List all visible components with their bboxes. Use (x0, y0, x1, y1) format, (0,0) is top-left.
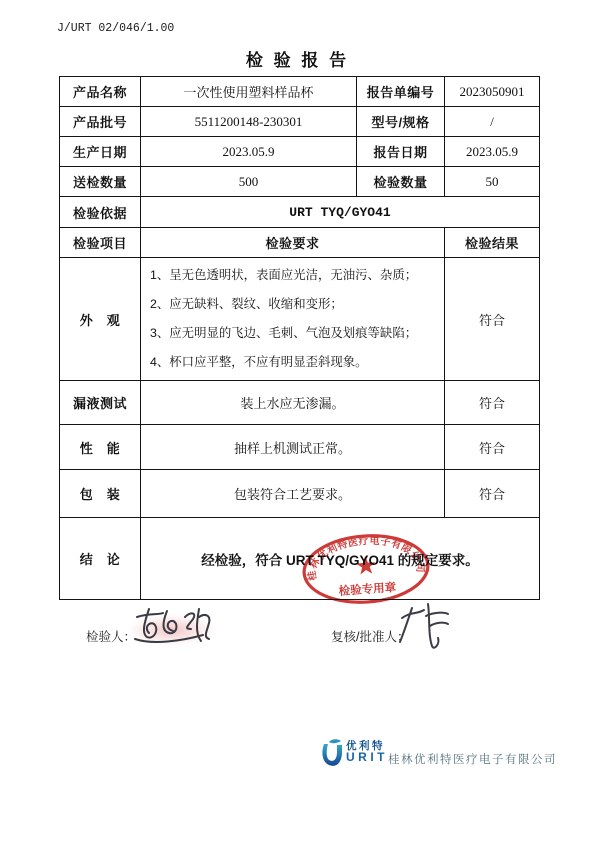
appearance-row: 外 观 1、呈无色透明状，表面应光洁，无油污、杂质； 2、应无缺料、裂纹、收缩和… (60, 258, 540, 381)
packaging-label: 包 装 (60, 470, 141, 518)
submitted-qty-label: 送检数量 (60, 167, 141, 197)
inspection-report-table: 产品名称 一次性使用塑料样品杯 报告单编号 2023050901 产品批号 55… (59, 76, 540, 600)
reviewer-label: 复核/批准人： (331, 627, 409, 645)
packaging-result: 符合 (445, 470, 540, 518)
document-number: J/URT 02/046/1.00 (57, 22, 174, 35)
table-row: 产品名称 一次性使用塑料样品杯 报告单编号 2023050901 (60, 77, 540, 107)
performance-requirement: 抽样上机测试正常。 (141, 425, 445, 470)
inspector-signature (133, 603, 217, 651)
col-header-result: 检验结果 (445, 228, 540, 258)
leak-test-label: 漏液测试 (60, 381, 141, 425)
inspected-qty-value: 50 (445, 167, 540, 197)
table-header-row: 检验项目 检验要求 检验结果 (60, 228, 540, 258)
conclusion-label: 结 论 (60, 518, 141, 600)
production-date-label: 生产日期 (60, 137, 141, 167)
page-title: 检 验 报 告 (0, 46, 595, 71)
performance-row: 性 能 抽样上机测试正常。 符合 (60, 425, 540, 470)
appearance-result: 符合 (445, 258, 540, 381)
table-row: 检验依据 URT TYQ/GYO41 (60, 197, 540, 228)
leak-test-requirement: 装上水应无渗漏。 (141, 381, 445, 425)
report-date-value: 2023.05.9 (445, 137, 540, 167)
appearance-label: 外 观 (60, 258, 141, 381)
appearance-requirements: 1、呈无色透明状，表面应光洁，无油污、杂质； 2、应无缺料、裂纹、收缩和变形； … (141, 258, 445, 381)
urit-logo-icon (320, 738, 344, 768)
packaging-row: 包 装 包装符合工艺要求。 符合 (60, 470, 540, 518)
col-header-item: 检验项目 (60, 228, 141, 258)
appearance-req-1: 1、呈无色透明状，表面应光洁，无油污、杂质； (142, 261, 443, 290)
performance-result: 符合 (445, 425, 540, 470)
batch-no-label: 产品批号 (60, 107, 141, 137)
performance-label: 性 能 (60, 425, 141, 470)
table-row: 生产日期 2023.05.9 报告日期 2023.05.9 (60, 137, 540, 167)
model-spec-label: 型号/规格 (357, 107, 445, 137)
product-name-label: 产品名称 (60, 77, 141, 107)
footer-company-name: 桂林优利特医疗电子有限公司 (388, 751, 557, 767)
submitted-qty-value: 500 (141, 167, 357, 197)
production-date-value: 2023.05.9 (141, 137, 357, 167)
leak-test-row: 漏液测试 装上水应无渗漏。 符合 (60, 381, 540, 425)
reviewer-signature (398, 600, 452, 652)
inspection-report-page: J/URT 02/046/1.00 检 验 报 告 产品名称 一次性使用塑料样品… (0, 0, 595, 842)
leak-test-result: 符合 (445, 381, 540, 425)
appearance-req-2: 2、应无缺料、裂纹、收缩和变形； (142, 290, 443, 319)
inspector-label: 检验人： (86, 627, 136, 645)
product-name-value: 一次性使用塑料样品杯 (141, 77, 357, 107)
appearance-req-4: 4、杯口应平整，不应有明显歪斜现象。 (142, 348, 443, 377)
basis-label: 检验依据 (60, 197, 141, 228)
report-date-label: 报告日期 (357, 137, 445, 167)
basis-value: URT TYQ/GYO41 (141, 197, 540, 228)
table-row: 送检数量 500 检验数量 50 (60, 167, 540, 197)
table-row: 产品批号 5511200148-230301 型号/规格 / (60, 107, 540, 137)
packaging-requirement: 包装符合工艺要求。 (141, 470, 445, 518)
logo-english-text: URIT (346, 750, 388, 764)
batch-no-value: 5511200148-230301 (141, 107, 357, 137)
report-no-value: 2023050901 (445, 77, 540, 107)
signature-smudge (128, 615, 216, 645)
inspected-qty-label: 检验数量 (357, 167, 445, 197)
col-header-requirement: 检验要求 (141, 228, 445, 258)
report-no-label: 报告单编号 (357, 77, 445, 107)
conclusion-row: 结 论 经检验，符合 URT TYQ/GYO41 的规定要求。 (60, 518, 540, 600)
appearance-req-3: 3、应无明显的飞边、毛刺、气泡及划痕等缺陷； (142, 319, 443, 348)
model-spec-value: / (445, 107, 540, 137)
conclusion-value: 经检验，符合 URT TYQ/GYO41 的规定要求。 (141, 518, 540, 600)
